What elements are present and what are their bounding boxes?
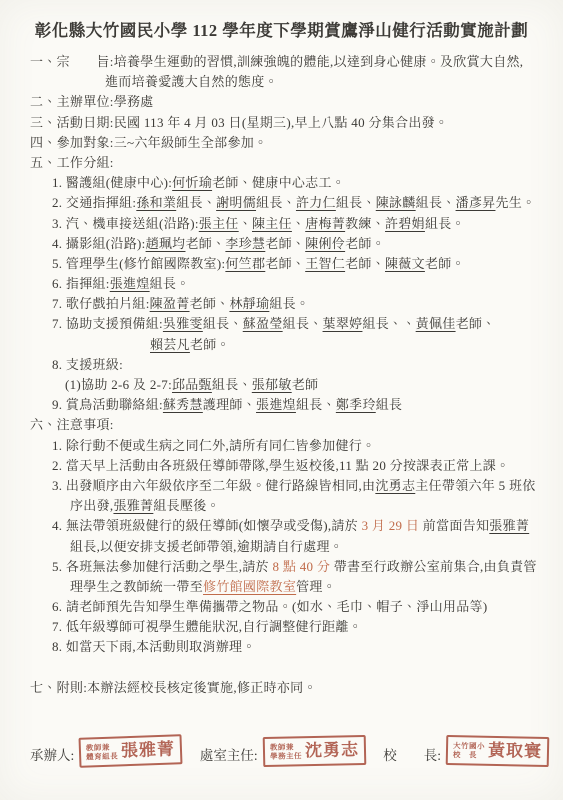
person-name: 張郁敏: [252, 377, 292, 392]
text-run: 先生。: [495, 195, 535, 210]
person-name: 黃佩佳: [416, 316, 456, 331]
document-line: 7. 歌仔戲拍片組:陳盈菁老師、林靜瑜組長。: [52, 294, 563, 314]
document-line: 8. 如當天下雨,本活動則取消辦理。: [52, 637, 563, 657]
person-name: 鄭季玲: [336, 397, 376, 412]
text-run: 組長、: [256, 195, 296, 210]
person-name: 張進煌: [110, 276, 150, 291]
text-run: 組長、: [283, 316, 323, 331]
person-name: 何忻瑜: [172, 175, 212, 190]
document-title: 彰化縣大竹國民小學 112 學年度下學期賞鷹淨山健行活動實施計劃: [0, 18, 563, 44]
person-name: 陳薇文: [385, 256, 425, 271]
document-line: 7. 協助支援預備組:吳雅雯組長、蘇盈瑩組長、葉翠婷組長、、黃佩佳老師、: [52, 314, 563, 334]
text-run: 管理。: [296, 579, 336, 594]
person-name: 許碧娟: [385, 216, 425, 231]
document-line: (1)協助 2-6 及 2-7:邱品甄組長、張郁敏老師: [65, 375, 563, 395]
text-run: 老師: [292, 377, 319, 392]
text-run: 前當面告知: [419, 518, 489, 533]
text-run: 、: [239, 216, 252, 231]
person-name: 張進煌: [256, 397, 296, 412]
document-line: 8. 支援班級:: [52, 355, 563, 375]
text-run: 序出發,: [70, 498, 113, 513]
person-name: 陳俐伶: [305, 236, 345, 251]
text-run: 3. 出發順序由六年級依序至二年級。健行路線皆相同,由: [52, 478, 375, 493]
stamp-title-line: 學務主任: [270, 751, 302, 761]
document-line: 2. 當天早上活動由各班級任導師帶隊,學生返校後,11 點 20 分按課表正常上…: [52, 456, 563, 476]
document-line: 6. 指揮組:張進煌組長。: [52, 274, 563, 294]
text-run: 四、參加對象:三~六年級師生全部參加。: [30, 135, 267, 150]
person-name: 賴芸凡: [150, 337, 190, 352]
stamp-name: 沈勇志: [304, 740, 358, 761]
document-line: 五、工作分組:: [30, 153, 563, 173]
person-name: 孫和業: [136, 195, 176, 210]
text-run: 七、附則:本辦法經校長核定後實施,修正時亦同。: [30, 680, 317, 695]
signature-block: 處室主任:教師兼學務主任沈勇志: [200, 732, 366, 766]
text-run: 老師、: [345, 256, 385, 271]
text-run: 2. 交通指揮組:: [52, 195, 136, 210]
text-run: 組長、、: [362, 316, 415, 331]
text-run: 組長。: [425, 216, 465, 231]
role-label: 處室主任:: [200, 732, 258, 764]
person-name: 修竹館國際教室: [203, 579, 296, 594]
document-body: 一、宗 旨:培養學生運動的習慣,訓練強魄的體能,以達到身心健康。及欣賞大自然,進…: [0, 52, 563, 698]
role-label: 承辦人:: [30, 732, 74, 764]
document-line: 賴芸凡老師。: [150, 335, 563, 355]
stamp-title: 大竹國小校 長: [453, 741, 485, 760]
document-line: 七、附則:本辦法經校長核定後實施,修正時亦同。: [30, 678, 563, 698]
text-run: 6. 指揮組:: [52, 276, 110, 291]
text-run: 1. 醫護組(健康中心):: [52, 175, 172, 190]
document-line: 4. 攝影組(沿路):趙珮均老師、李珍慧老師、陳俐伶老師。: [52, 234, 563, 254]
person-name: 許力仁: [296, 195, 336, 210]
text-run: 4. 無法帶領班級健行的級任導師(如懷孕或受傷),請於: [52, 518, 362, 533]
stamp-title-line: 校 長: [453, 750, 485, 760]
text-run: 5. 管理學生(修竹館國際教室):: [52, 256, 225, 271]
text-run: 3. 汽、機車接送組(沿路):: [52, 216, 199, 231]
stamp-title: 教師兼體育組長: [86, 742, 119, 761]
text-run: 組長、: [296, 397, 336, 412]
name-stamp: 大竹國小校 長黃取寰: [446, 735, 550, 767]
text-run: 組長。: [150, 276, 190, 291]
document-line: 進而培養愛護大自然的態度。: [105, 72, 563, 92]
text-run: 老師。: [190, 337, 230, 352]
document-line: 組長,以便安排支援老師帶領,逾期請自行處理。: [70, 537, 563, 557]
signature-block: 校 長:大竹國小校 長黃取寰: [383, 732, 549, 766]
document-line: 1. 醫護組(健康中心):何忻瑜老師、健康中心志工。: [52, 173, 563, 193]
document-line: 1. 除行動不便或生病之同仁外,請所有同仁皆參加健行。: [52, 436, 563, 456]
document-line: 一、宗 旨:培養學生運動的習慣,訓練強魄的體能,以達到身心健康。及欣賞大自然,: [30, 52, 563, 72]
text-run: 老師、: [265, 256, 305, 271]
person-name: 唐梅菁: [305, 216, 345, 231]
text-run: 老師、: [185, 236, 225, 251]
text-run: 教練、: [345, 216, 385, 231]
stamp-name: 張雅菁: [121, 739, 176, 761]
text-run: 9. 賞鳥活動聯絡組:: [52, 397, 163, 412]
scanned-document-page: 彰化縣大竹國民小學 112 學年度下學期賞鷹淨山健行活動實施計劃 一、宗 旨:培…: [0, 0, 563, 800]
text-run: (1)協助 2-6 及 2-7:: [65, 377, 172, 392]
person-name: 張雅菁: [489, 518, 529, 533]
text-run: 帶書至行政辦公室前集合,由負責管: [330, 559, 537, 574]
person-name: 王智仁: [305, 256, 345, 271]
person-name: 沈勇志: [375, 478, 415, 493]
person-name: 趙珮均: [146, 236, 186, 251]
person-name: 陳主任: [252, 216, 292, 231]
text-run: 組長、: [416, 195, 456, 210]
text-run: 組長、: [336, 195, 376, 210]
text-run: 五、工作分組:: [30, 155, 114, 170]
text-run: 、: [292, 216, 305, 231]
document-line: 9. 賞鳥活動聯絡組:蘇秀慧護理師、張進煌組長、鄭季玲組長: [52, 395, 563, 415]
text-run: 組長。: [269, 296, 309, 311]
person-name: 張主任: [199, 216, 239, 231]
text-run: 老師、: [265, 236, 305, 251]
person-name: 陳盈菁: [150, 296, 190, 311]
document-line: 3. 汽、機車接送組(沿路):張主任、陳主任、唐梅菁教練、許碧娟組長。: [52, 214, 563, 234]
name-stamp: 教師兼學務主任沈勇志: [262, 735, 366, 767]
text-run: 4. 攝影組(沿路):: [52, 236, 146, 251]
text-run: 組長、: [176, 195, 216, 210]
person-name: 李珍慧: [225, 236, 265, 251]
text-run: 老師、: [456, 316, 496, 331]
stamp-name: 黃取寰: [488, 741, 542, 762]
person-name: 何竺郡: [225, 256, 265, 271]
text-run: 六、注意事項:: [30, 417, 114, 432]
name-stamp: 教師兼體育組長張雅菁: [79, 734, 183, 768]
document-line: 六、注意事項:: [30, 415, 563, 435]
person-name: 吳雅雯: [163, 316, 203, 331]
document-line: 3. 出發順序由六年級依序至二年級。健行路線皆相同,由沈勇志主任帶領六年 5 班…: [52, 476, 563, 496]
highlighted-text: 8 點 40 分: [273, 559, 331, 574]
text-run: 組長壓後。: [153, 498, 220, 513]
text-run: 8. 如當天下雨,本活動則取消辦理。: [52, 639, 256, 654]
text-run: 主任帶領六年 5 班依: [415, 478, 535, 493]
text-run: 組長、: [212, 377, 252, 392]
text-run: 6. 請老師預先告知學生準備攜帶之物品。(如水、毛巾、帽子、淨山用品等): [52, 599, 487, 614]
document-line: 2. 交通指揮組:孫和業組長、謝明儒組長、許力仁組長、陳詠麟組長、潘彥昇先生。: [52, 193, 563, 213]
text-run: 理學生之教師統一帶至: [70, 579, 203, 594]
document-line: 6. 請老師預先告知學生準備攜帶之物品。(如水、毛巾、帽子、淨山用品等): [52, 597, 563, 617]
document-line: 四、參加對象:三~六年級師生全部參加。: [30, 133, 563, 153]
text-run: 老師、健康中心志工。: [212, 175, 345, 190]
document-line: 4. 無法帶領班級健行的級任導師(如懷孕或受傷),請於 3 月 29 日 前當面…: [52, 516, 563, 536]
signature-footer: 承辦人:教師兼體育組長張雅菁處室主任:教師兼學務主任沈勇志校 長:大竹國小校 長…: [30, 732, 549, 766]
blank-line: [0, 658, 563, 678]
text-run: 進而培養愛護大自然的態度。: [105, 74, 278, 89]
person-name: 邱品甄: [172, 377, 212, 392]
document-line: 5. 各班無法參加健行活動之學生,請於 8 點 40 分 帶書至行政辦公室前集合…: [52, 557, 563, 577]
signature-block: 承辦人:教師兼體育組長張雅菁: [30, 732, 182, 766]
person-name: 張雅菁: [113, 498, 153, 513]
text-run: 組長: [376, 397, 403, 412]
person-name: 蘇盈瑩: [243, 316, 283, 331]
document-line: 理學生之教師統一帶至修竹館國際教室管理。: [70, 577, 563, 597]
highlighted-text: 3 月 29 日: [362, 518, 420, 533]
person-name: 潘彥昇: [456, 195, 496, 210]
person-name: 葉翠婷: [323, 316, 363, 331]
text-run: 一、宗 旨:培養學生運動的習慣,訓練強魄的體能,以達到身心健康。及欣賞大自然,: [30, 54, 523, 69]
text-run: 1. 除行動不便或生病之同仁外,請所有同仁皆參加健行。: [52, 438, 375, 453]
text-run: 5. 各班無法參加健行活動之學生,請於: [52, 559, 273, 574]
stamp-title: 教師兼學務主任: [269, 742, 301, 761]
document-line: 序出發,張雅菁組長壓後。: [70, 496, 563, 516]
text-run: 老師。: [345, 236, 385, 251]
stamp-title-line: 體育組長: [86, 751, 118, 761]
document-line: 三、活動日期:民國 113 年 4 月 03 日(星期三),早上八點 40 分集…: [30, 113, 563, 133]
document-line: 5. 管理學生(修竹館國際教室):何竺郡老師、王智仁老師、陳薇文老師。: [52, 254, 563, 274]
document-line: 7. 低年級導師可視學生體能狀況,自行調整健行距離。: [52, 617, 563, 637]
person-name: 林靜瑜: [229, 296, 269, 311]
person-name: 陳詠麟: [376, 195, 416, 210]
text-run: 老師、: [190, 296, 230, 311]
text-run: 組長,以便安排支援老師帶領,逾期請自行處理。: [70, 539, 343, 554]
text-run: 組長、: [203, 316, 243, 331]
text-run: 二、主辦單位:學務處: [30, 94, 154, 109]
text-run: 2. 當天早上活動由各班級任導師帶隊,學生返校後,11 點 20 分按課表正常上…: [52, 458, 509, 473]
text-run: 8. 支援班級:: [52, 357, 123, 372]
document-line: 二、主辦單位:學務處: [30, 92, 563, 112]
text-run: 三、活動日期:民國 113 年 4 月 03 日(星期三),早上八點 40 分集…: [30, 115, 448, 130]
person-name: 蘇秀慧: [163, 397, 203, 412]
person-name: 謝明儒: [216, 195, 256, 210]
text-run: 7. 協助支援預備組:: [52, 316, 163, 331]
text-run: 7. 低年級導師可視學生體能狀況,自行調整健行距離。: [52, 619, 362, 634]
text-run: 7. 歌仔戲拍片組:: [52, 296, 150, 311]
text-run: 護理師、: [203, 397, 256, 412]
role-label: 校 長:: [383, 732, 441, 764]
text-run: 老師。: [425, 256, 465, 271]
